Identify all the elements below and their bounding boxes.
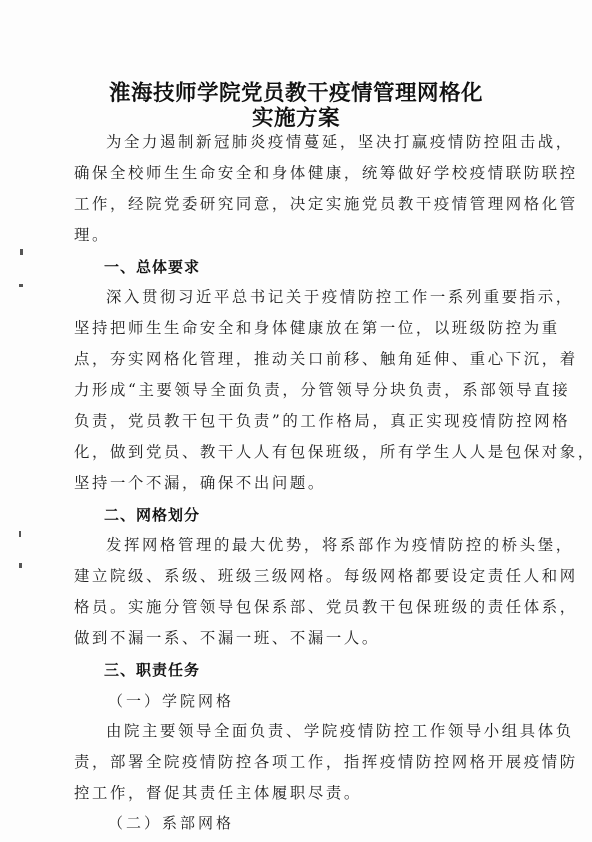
- section-heading-duties: 三、职责任务: [104, 659, 200, 680]
- paragraph-line: 建立院级、系级、班级三级网格。每级网格都要设定责任人和网: [74, 566, 518, 586]
- paragraph-line: 由院主要领导全面负责、学院疫情防控工作领导小组具体负: [106, 721, 550, 741]
- intro-line: 理。: [74, 225, 518, 245]
- paragraph-line: 责，部署全院疫情防控各项工作，指挥疫情防控网格开展疫情防: [74, 752, 518, 772]
- paragraph-line: 格员。实施分管领导包保系部、党员教干包保班级的责任体系，: [74, 597, 518, 617]
- document-page: 淮海技师学院党员教干疫情管理网格化 实施方案 为全力遏制新冠肺炎疫情蔓延，坚决打…: [0, 0, 592, 842]
- paragraph-line: 负责，党员教干包干负责”的工作格局，真正实现疫情防控网格: [74, 411, 518, 431]
- paragraph-line: 坚持一个不漏，确保不出问题。: [74, 473, 518, 493]
- paragraph-line: 力形成“主要领导全面负责，分管领导分块负责，系部领导直接: [74, 380, 518, 400]
- subsection-heading-college-grid: （一）学院网格: [108, 690, 234, 711]
- subsection-heading-department-grid: （二）系部网格: [108, 812, 234, 833]
- document-title-line2: 实施方案: [0, 101, 592, 132]
- scan-mark: [19, 563, 22, 568]
- scan-mark: [20, 249, 23, 255]
- paragraph-line: 做到不漏一系、不漏一班、不漏一人。: [74, 628, 518, 648]
- scan-mark: [19, 284, 23, 287]
- section-heading-grid-division: 二、网格划分: [104, 504, 200, 525]
- section-heading-general-requirements: 一、总体要求: [104, 256, 200, 277]
- paragraph-line: 发挥网格管理的最大优势，将系部作为疫情防控的桥头堡，: [106, 535, 550, 555]
- paragraph-line: 点，夯实网格化管理，推动关口前移、触角延伸、重心下沉，着: [74, 349, 518, 369]
- paragraph-line: 深入贯彻习近平总书记关于疫情防控工作一系列重要指示，: [106, 287, 550, 307]
- paragraph-line: 控工作，督促其责任主体履职尽责。: [74, 783, 518, 803]
- paragraph-line: 坚持把师生生命安全和身体健康放在第一位，以班级防控为重: [74, 318, 518, 338]
- scan-mark: [19, 531, 21, 537]
- paragraph-line: 化，做到党员、教干人人有包保班级，所有学生人人是包保对象，: [74, 442, 518, 462]
- intro-line: 为全力遏制新冠肺炎疫情蔓延，坚决打赢疫情防控阻击战，: [106, 132, 550, 152]
- intro-line: 工作，经院党委研究同意，决定实施党员教干疫情管理网格化管: [74, 194, 518, 214]
- intro-line: 确保全校师生生命安全和身体健康，统筹做好学校疫情联防联控: [74, 163, 518, 183]
